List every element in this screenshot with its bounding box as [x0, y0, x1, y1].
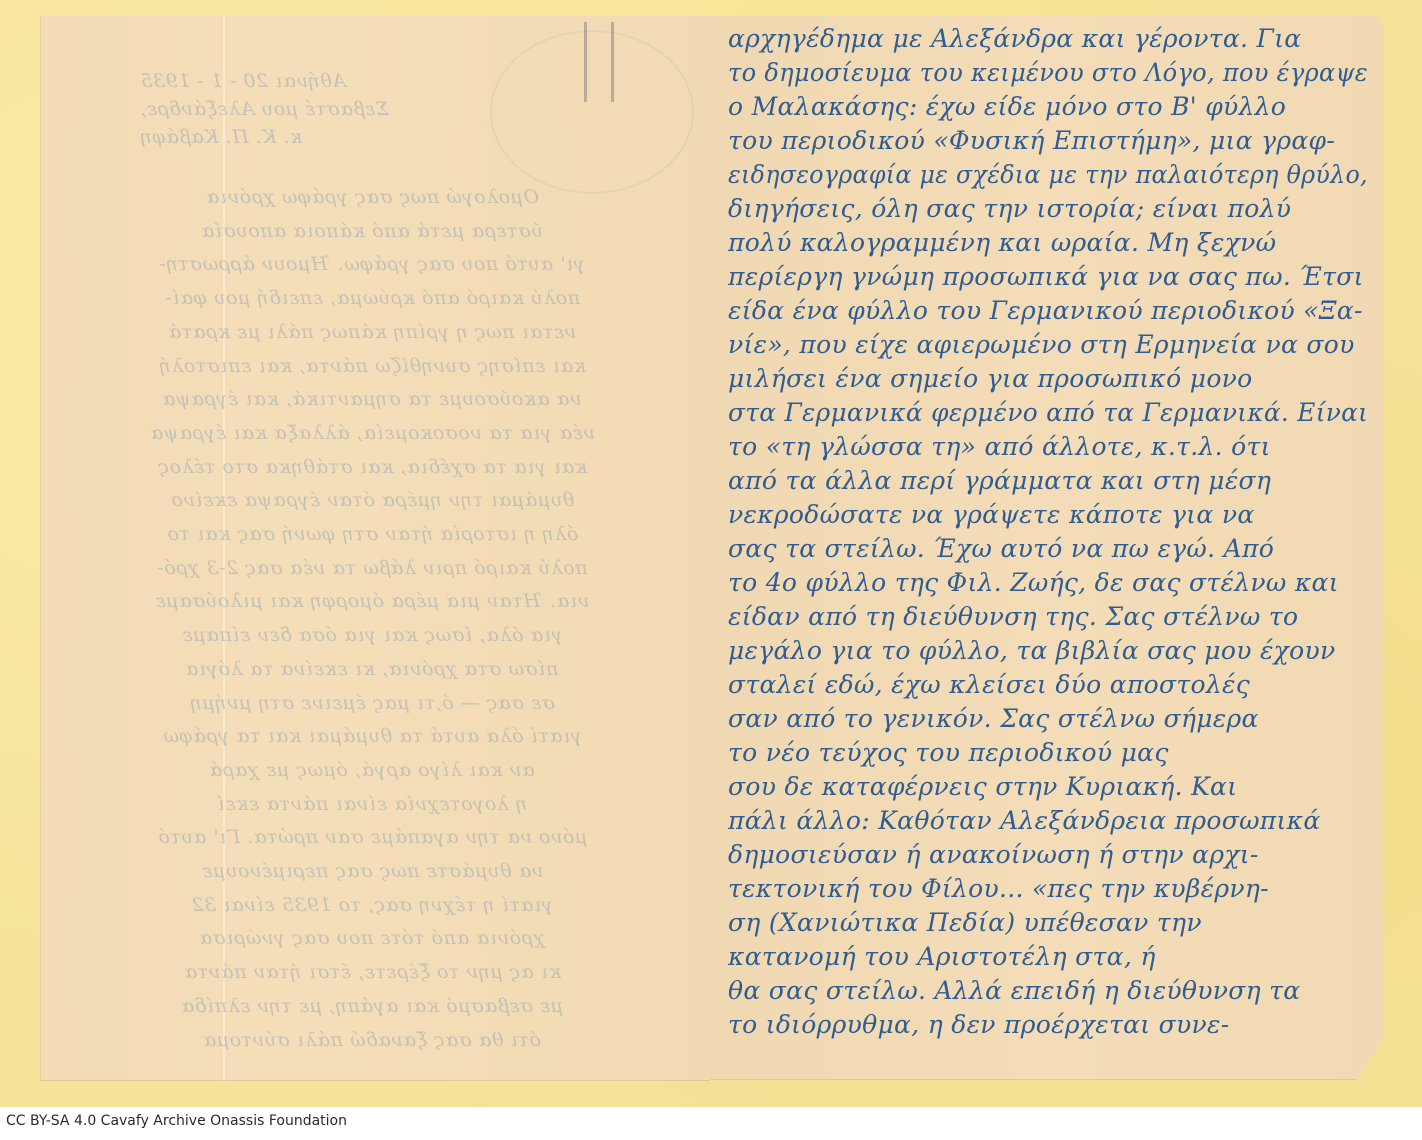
right-page-line: θα σας στείλω. Αλλά επειδή η διεύθυνση τ… — [728, 976, 1300, 1006]
left-page-line: μόνο να την αγαπάμε σαν πρώτα. Γι' αυτό — [158, 826, 587, 848]
left-page-line: και για τα σχέδια, και στάθηκα στο τέλος — [158, 456, 587, 478]
right-page-line: πάλι άλλο: Καθόταν Αλεξάνδρεια προσωπικά — [728, 806, 1321, 836]
stamp-bar-left — [584, 22, 587, 102]
left-page-line: νεται πως η γρίπη κάπως πάλι με κρατά — [168, 321, 576, 343]
left-page-line: γιατί όλα αυτά τα θυμάμαι και τα γράφω — [163, 725, 582, 747]
left-page-line: όλη η ιστορία ήταν στη φωνή σας και το — [167, 523, 578, 545]
right-page-line: τεκτονική του Φίλου... «πες την κυβέρνη- — [728, 874, 1269, 904]
left-header-line: Αθήναι 20 - 1 - 1935 — [140, 70, 346, 92]
right-page-line: σου δε καταφέρνεις στην Κυριακή. Και — [728, 772, 1237, 802]
right-page-line: ο Μαλακάσης: έχω είδε μόνο στο Β' φύλλο — [728, 92, 1286, 122]
right-page-line: στα Γερμανικά φερμένο από τα Γερμανικά. … — [728, 398, 1368, 428]
right-page-line: δημοσιεύσαν ή ανακοίνωση ή στην αρχι- — [728, 840, 1259, 870]
right-page-line: είδα ένα φύλλο του Γερμανικού περιοδικού… — [728, 296, 1363, 326]
page-fold-line — [223, 16, 225, 1081]
right-page-line: του περιοδικού «Φυσική Επιστήμη», μια γρ… — [728, 126, 1335, 156]
right-page-line: διηγήσεις, όλη σας την ιστορία; είναι πο… — [728, 194, 1291, 224]
left-page-line: με σεβασμό και αγάπη, με την ελπίδα — [181, 995, 563, 1017]
right-page-line: κατανομή του Αριστοτέλη στα, ή — [728, 942, 1156, 972]
left-page-line: χρόνια από τότε που σας γνώρισα — [199, 927, 545, 949]
right-page-line: αρχηγέδημα με Αλεξάνδρα και γέροντα. Για — [728, 24, 1302, 54]
right-page-line: το «τη γλώσσα τη» από άλλοτε, κ.τ.λ. ότι — [728, 432, 1271, 462]
left-header-line: Σεβαστέ μου Αλεξάνδρε, — [140, 98, 389, 120]
left-page-line: θυμάμαι την ημέρα όταν έγραψα εκείνο — [171, 489, 574, 511]
right-page-line: είδαν από τη διεύθυνση της. Σας στέλνω τ… — [728, 602, 1298, 632]
left-page-line: να ακούσουμε τα σημαντικά, και έγραψα — [162, 388, 582, 410]
left-page-line: η λογοτεχνία είναι πάντα εκεί — [217, 793, 527, 815]
left-page-line: σε σας — ό,τι μας έμεινε στη μνήμη — [190, 692, 555, 714]
right-page-line: νεκροδώσατε να γράψετε κάποτε για να — [728, 500, 1255, 530]
right-page-line: περίεργη γνώμη προσωπικά για να σας πω. … — [728, 262, 1364, 292]
left-page-line: να θυμάστε πως σας περιμένουμε — [202, 860, 543, 882]
right-page-line: σας τα στείλω. Έχω αυτό να πω εγώ. Από — [728, 534, 1274, 564]
right-page-line: σταλεί εδώ, έχω κλείσει δύο αποστολές — [728, 670, 1250, 700]
left-page-line: ότι θα σας ξαναδώ πάλι σύντομα — [203, 1029, 541, 1051]
right-page-line: μιλήσει ένα σημείο για προσωπικό μονο — [728, 364, 1253, 394]
left-page-line: ύστερα μετά από κάποια απουσία — [201, 220, 543, 242]
right-page-line: νίε», που είχε αφιερωμένο στη Ερμηνεία ν… — [728, 330, 1355, 360]
left-page-line: για όλα, ίσως και για όσα δεν είπαμε — [182, 624, 563, 646]
left-page-line: πολύ καιρό από κρύωμα, επειδή μου φαί- — [165, 287, 580, 309]
left-page-line: νια. Ήταν μια μέρα όμορφη και μιλούσαμε — [155, 590, 589, 612]
right-page-line: μεγάλο για το φύλλο, τα βιβλία σας μου έ… — [728, 636, 1335, 666]
right-page-line: ειδησεογραφία με σχέδια με την παλαιότερ… — [728, 160, 1368, 190]
left-page-line: κι ας μην το ξέρετε, έτσι ήταν πάντα — [184, 961, 561, 983]
left-page-line: αν και λίγο αργά, όμως με χαρά — [209, 759, 535, 781]
left-page-line: πίσω στα χρόνια, κι εκείνα τα λόγια — [185, 658, 559, 680]
right-page-line: το ιδιόρρυθμα, η δεν προέρχεται συνε- — [728, 1010, 1229, 1040]
left-header-line: κ. Κ. Π. Καβάφη — [140, 126, 303, 148]
stamp-bar-right — [611, 22, 614, 102]
left-page-line: Ομολογώ πως σας γράφω χρόνια — [206, 186, 539, 208]
left-page-line: και επίσης συνηθίζω πάντα, και επιστολή — [159, 355, 586, 377]
right-page-line: σαν από το γενικόν. Σας στέλνω σήμερα — [728, 704, 1259, 734]
right-page-line: ση (Χανιώτικα Πεδία) υπέθεσαν την — [728, 908, 1202, 938]
faint-stamp-circle — [490, 30, 694, 194]
credit-line: CC BY-SA 4.0 Cavafy Archive Onassis Foun… — [6, 1113, 347, 1129]
right-page-line: πολύ καλογραμμένη και ωραία. Μη ξεχνώ — [728, 228, 1276, 258]
right-page-line: από τα άλλα περί γράμματα και στη μέση — [728, 466, 1271, 496]
left-page-line: γιατί η τέχνη σας, το 1935 είναι 32 — [191, 894, 553, 916]
right-page-line: το νέο τεύχος του περιοδικού μας — [728, 738, 1169, 768]
left-page-line: νέα για τα νοσοκομεία, άλλαξα και έγραψα — [150, 422, 595, 444]
left-page-line: γι' αυτό που σας γράφω. Ήμουν άρρωστη- — [159, 253, 585, 275]
right-page-line: το δημοσίευμα του κειμένου στο Λόγο, που… — [728, 58, 1368, 88]
left-page-line: πολύ καιρό πριν λάβω τα νέα σας 2-3 χρό- — [157, 557, 588, 579]
right-page-line: το 4ο φύλλο της Φιλ. Ζωής, δε σας στέλνω… — [728, 568, 1339, 598]
